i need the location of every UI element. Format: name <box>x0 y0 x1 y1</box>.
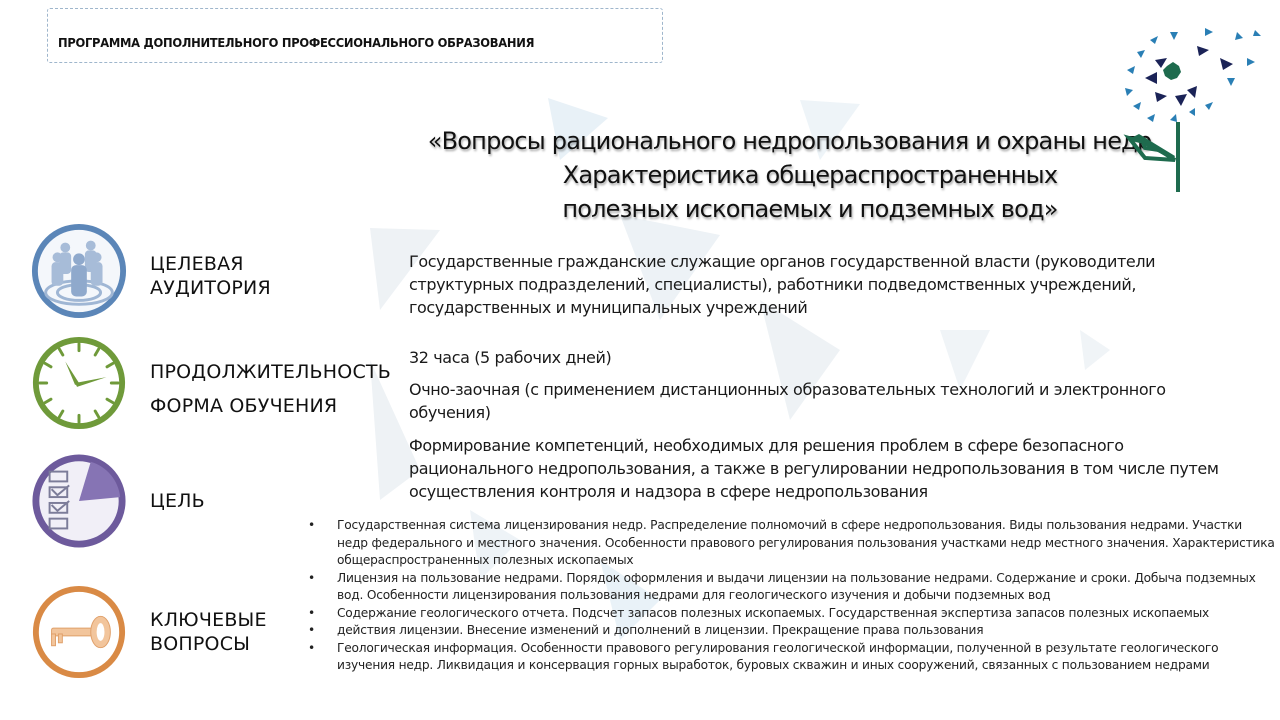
key-questions-label: КЛЮЧЕВЫЕ ВОПРОСЫ <box>150 608 267 656</box>
key-icon <box>30 583 128 681</box>
program-header-label: ПРОГРАММА ДОПОЛНИТЕЛЬНОГО ПРОФЕССИОНАЛЬН… <box>58 35 534 50</box>
key-questions-label-line-2: ВОПРОСЫ <box>150 632 267 656</box>
dandelion-logo-icon <box>1115 10 1265 195</box>
audience-label-line-2: АУДИТОРИЯ <box>150 276 271 300</box>
list-item: Содержание геологического отчета. Подсче… <box>305 605 1275 623</box>
checklist-icon <box>30 452 128 550</box>
goal-text: Формирование компетенций, необходимых дл… <box>409 434 1239 503</box>
audience-label: ЦЕЛЕВАЯ АУДИТОРИЯ <box>150 252 271 300</box>
list-item: Лицензия на пользование недрами. Порядок… <box>305 570 1275 605</box>
form-label: ФОРМА ОБУЧЕНИЯ <box>150 394 337 418</box>
list-item: Геологическая информация. Особенности пр… <box>305 640 1275 675</box>
duration-label: ПРОДОЛЖИТЕЛЬНОСТЬ <box>150 360 391 384</box>
duration-text: 32 часа (5 рабочих дней) <box>409 346 1229 369</box>
title-line-3: полезных ископаемых и подземных вод» <box>320 192 1280 226</box>
people-target-icon <box>30 222 128 320</box>
list-item: действия лицензии. Внесение изменений и … <box>305 622 1275 640</box>
goal-label: ЦЕЛЬ <box>150 489 205 513</box>
key-questions-label-line-1: КЛЮЧЕВЫЕ <box>150 608 267 632</box>
form-text: Очно-заочная (с применением дистанционны… <box>409 378 1239 424</box>
list-item: Государственная система лицензирования н… <box>305 517 1275 570</box>
key-questions-list: Государственная система лицензирования н… <box>305 517 1275 675</box>
audience-label-line-1: ЦЕЛЕВАЯ <box>150 252 271 276</box>
audience-text: Государственные гражданские служащие орг… <box>409 250 1209 319</box>
clock-icon <box>30 334 128 432</box>
